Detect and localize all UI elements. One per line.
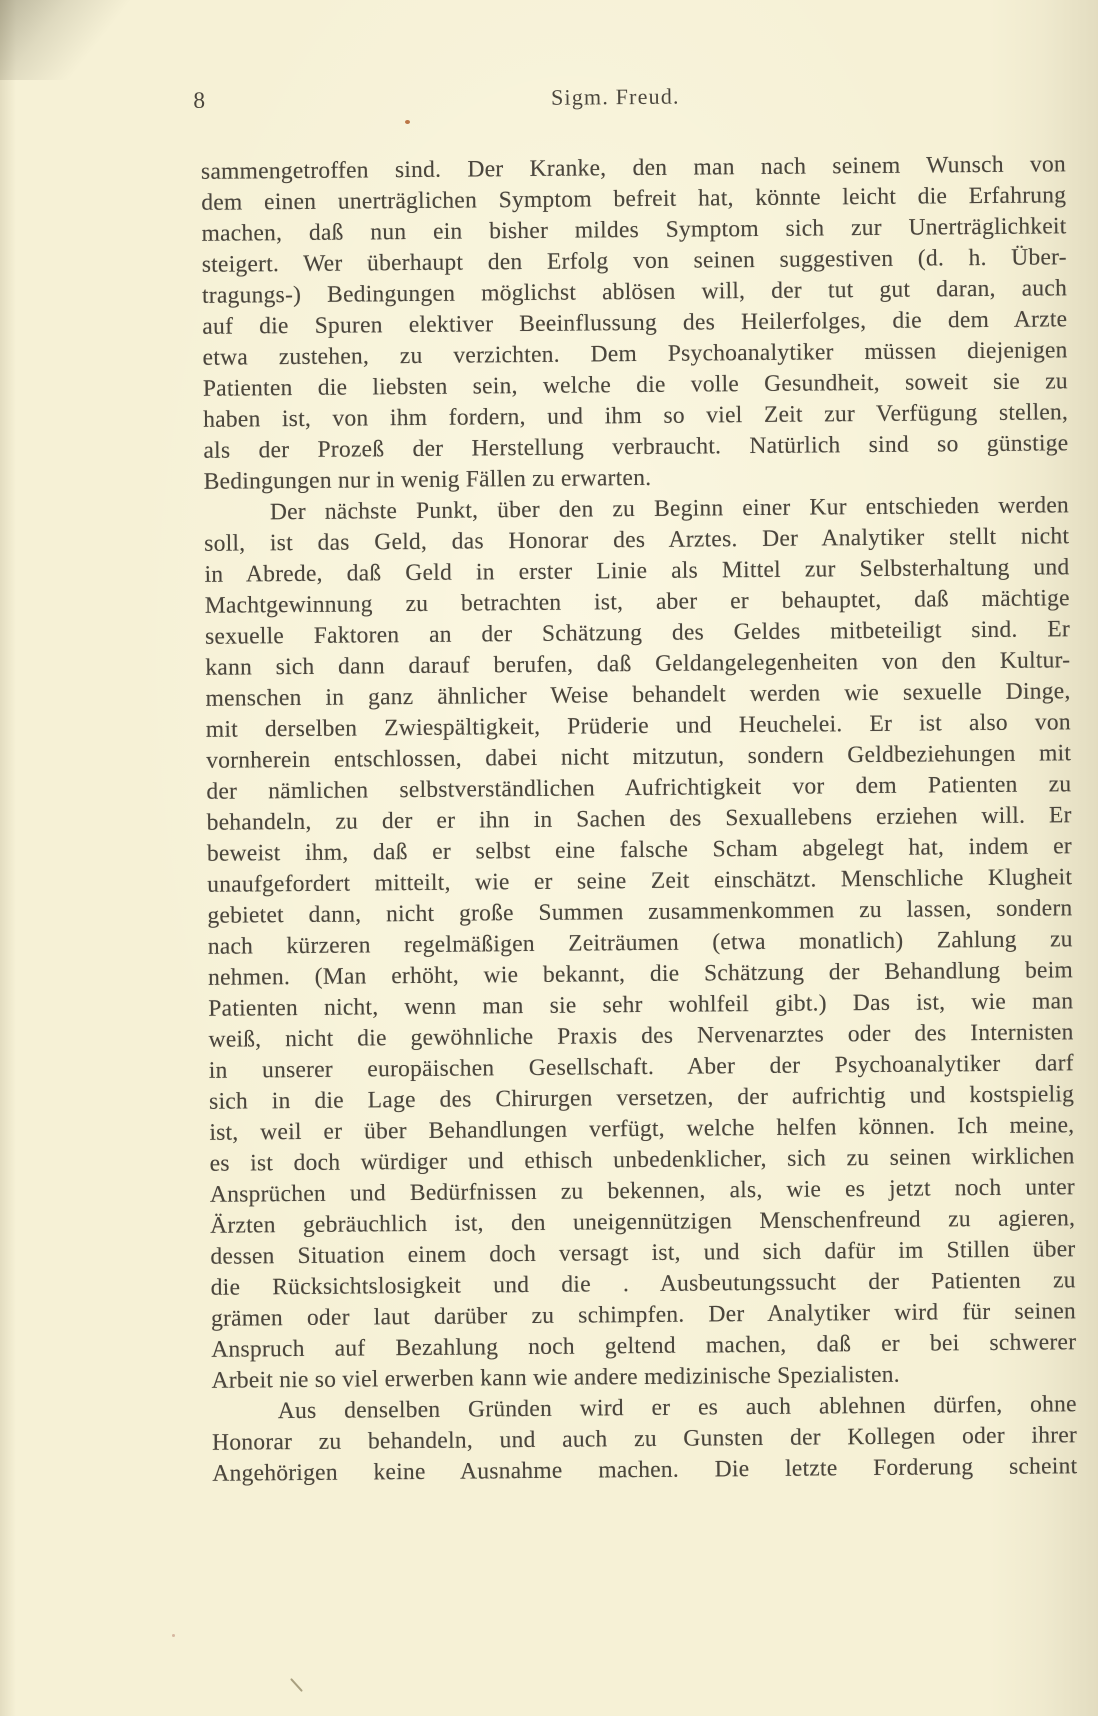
- page-corner-shadow: [0, 0, 150, 80]
- paper-speck: [405, 120, 410, 124]
- paper-speck-small: [172, 1634, 175, 1637]
- page-number: 8: [193, 88, 205, 115]
- text-line: Angehörigen keine Ausnahme machen. Die l…: [212, 1451, 1077, 1490]
- page-body-text: sammengetroffen sind. Der Kranke, den ma…: [201, 149, 1078, 1489]
- running-header: Sigm. Freud.: [551, 84, 680, 111]
- page-content: 8 Sigm. Freud. sammengetroffen sind. Der…: [193, 0, 1088, 1716]
- book-page-scan: 8 Sigm. Freud. sammengetroffen sind. Der…: [0, 0, 1098, 1716]
